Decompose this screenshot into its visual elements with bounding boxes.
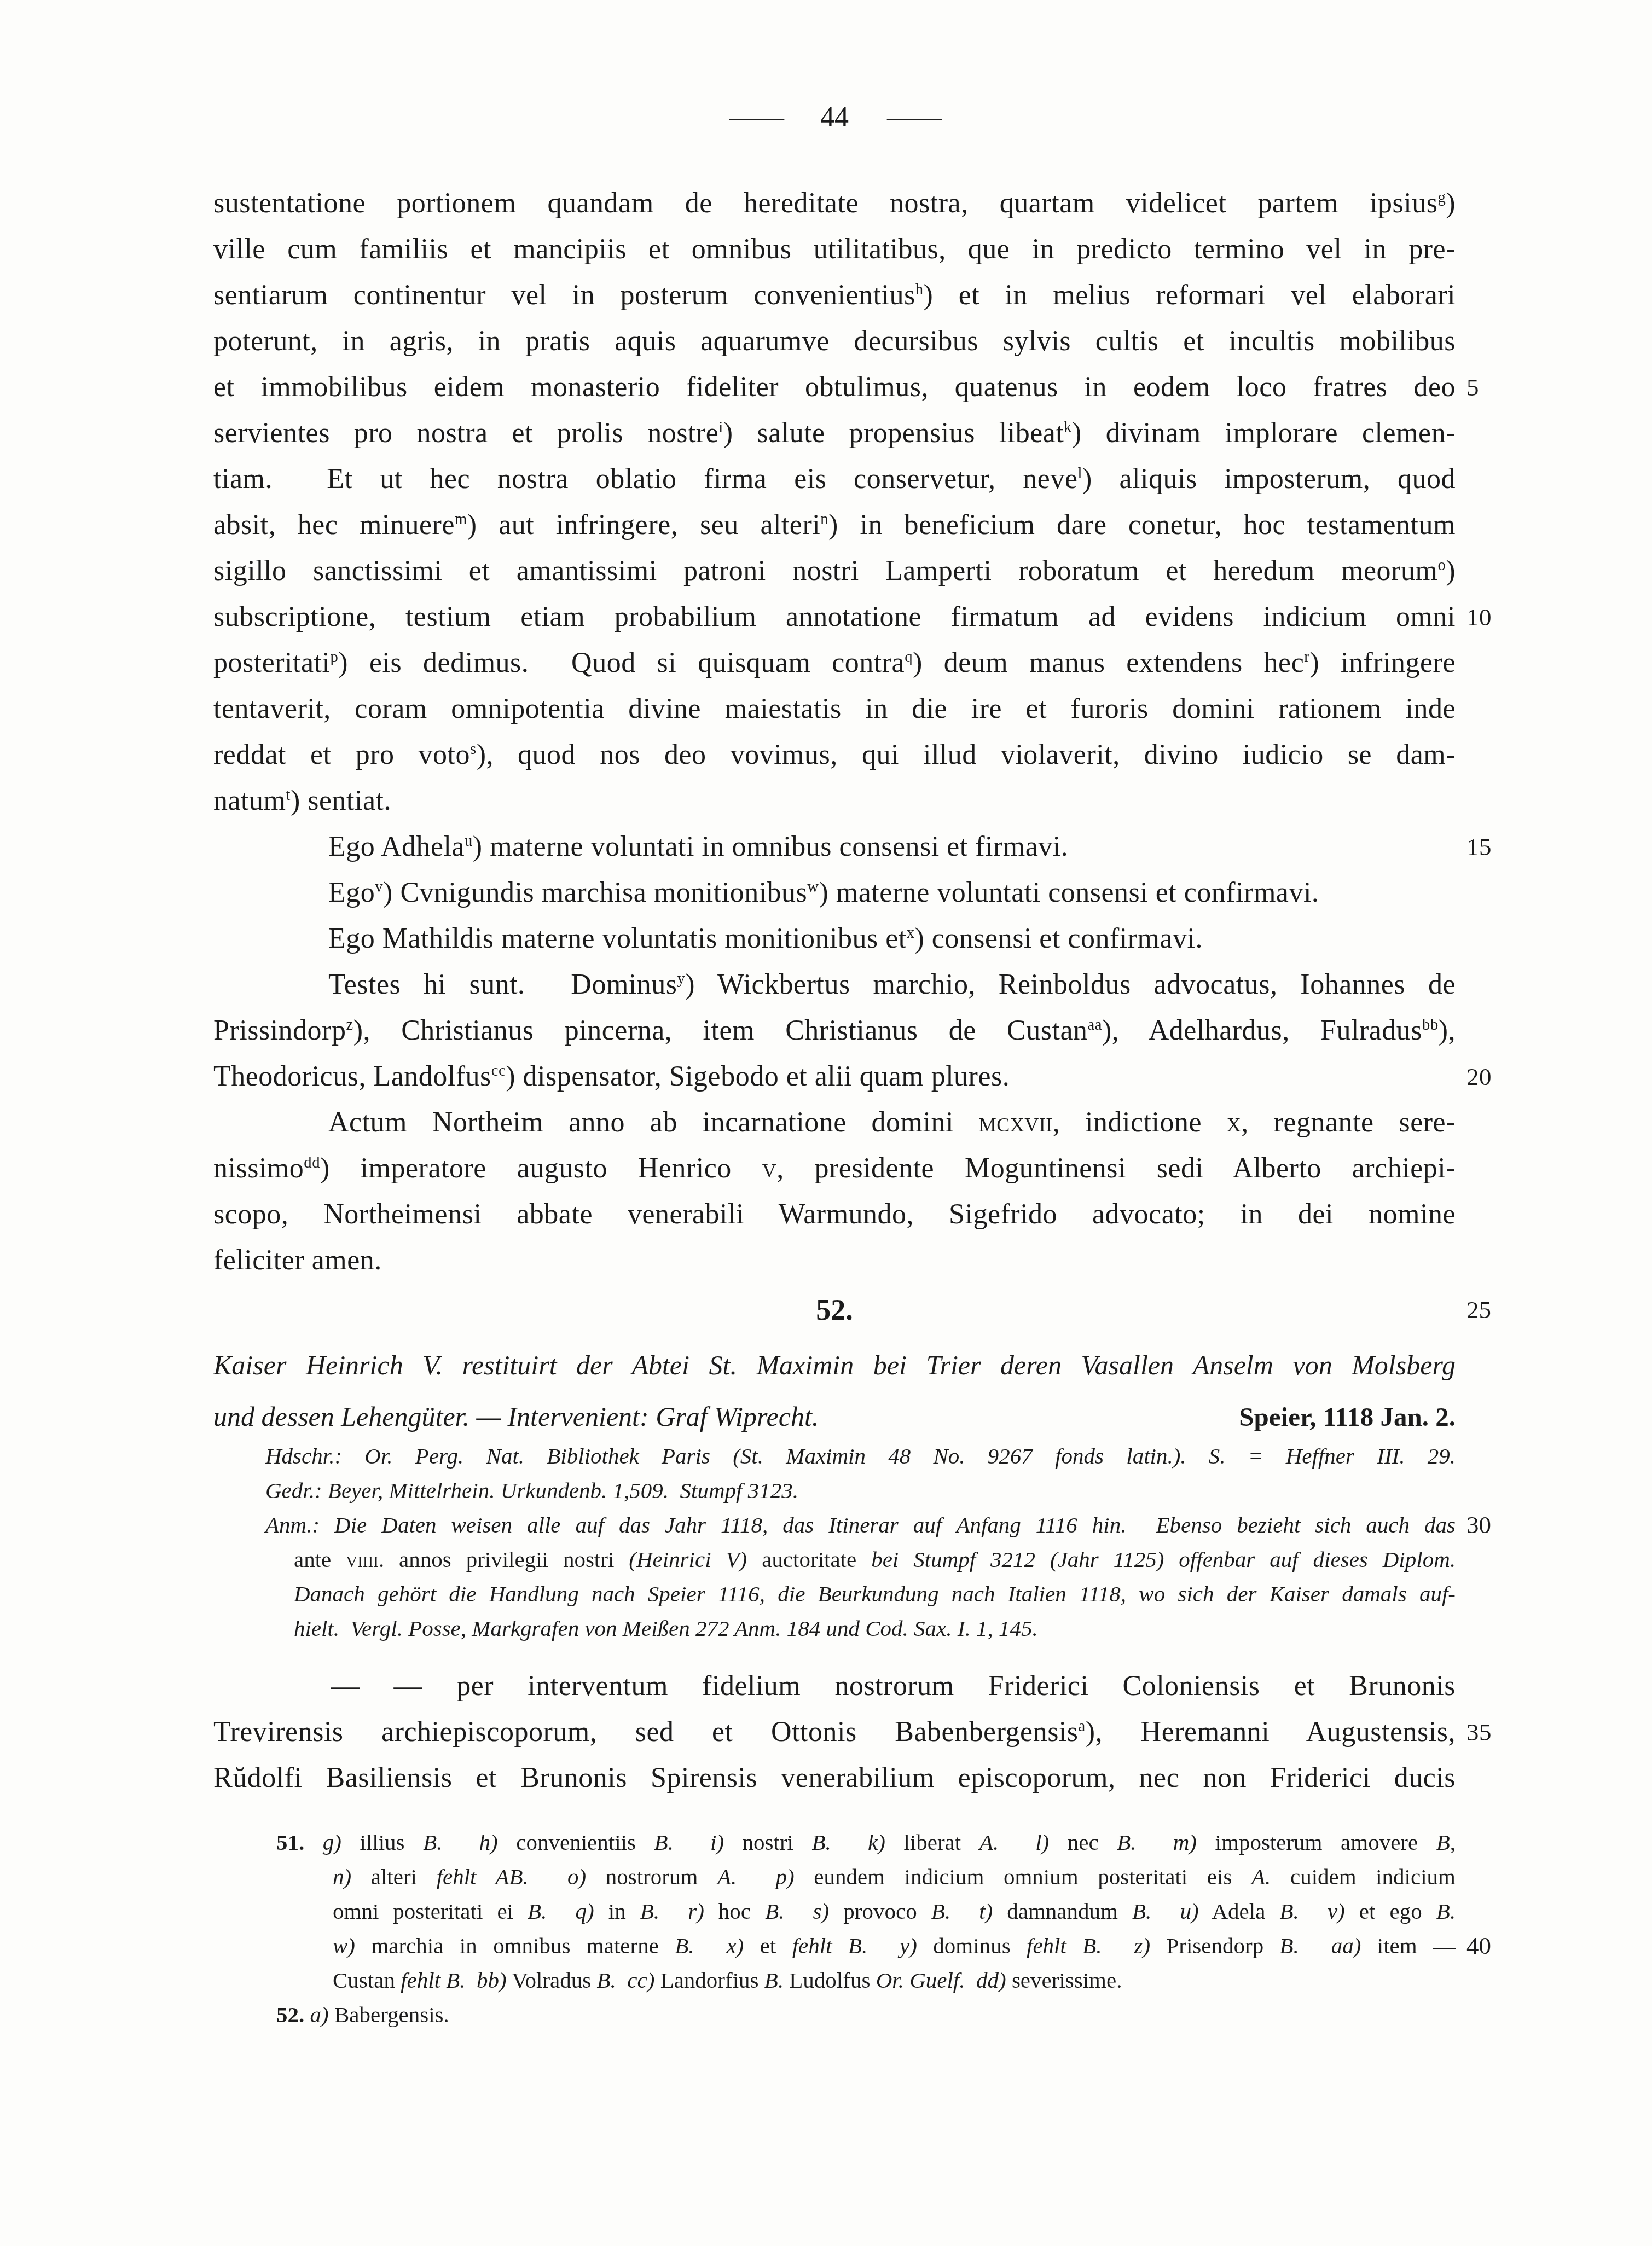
page-header: ——44—— bbox=[213, 93, 1456, 142]
anm-line-content: Anm.: Die Daten weisen alle auf das Jahr… bbox=[265, 1512, 1456, 1537]
text-line: sigillo sanctissimi et amantissimi patro… bbox=[213, 548, 1456, 594]
charter-number-text: 52. bbox=[816, 1293, 853, 1326]
footnote-line: 51. g) illius B. h) convenientiis B. i) … bbox=[333, 1825, 1456, 1860]
charter-52-regest: Kaiser Heinrich V. restituirt der Abtei … bbox=[213, 1339, 1456, 1442]
margin-line-number: 15 bbox=[1466, 824, 1529, 870]
scanned-book-page: ——44—— sustentatione portionem quandam d… bbox=[0, 0, 1652, 2246]
text-line: Prissindorpz), Christianus pincerna, ite… bbox=[213, 1008, 1456, 1054]
text-line-content: Ego Adhelau) materne voluntati in omnibu… bbox=[328, 831, 1068, 862]
text-line: 10subscriptione, testium etiam probabili… bbox=[213, 594, 1456, 640]
text-line: posteritatip) eis dedimus. Quod si quisq… bbox=[213, 640, 1456, 686]
margin-line-number: 35 bbox=[1466, 1709, 1529, 1755]
text-line: feliciter amen. bbox=[213, 1238, 1456, 1284]
regest-line: Kaiser Heinrich V. restituirt der Abtei … bbox=[213, 1339, 1456, 1391]
header-rule-right: —— bbox=[887, 102, 940, 133]
margin-line-number: 25 bbox=[1466, 1287, 1529, 1333]
text-line: 35Trevirensis archiepiscoporum, sed et O… bbox=[213, 1709, 1456, 1755]
text-line: 20Theodoricus, Landolfuscc) dispensator,… bbox=[213, 1054, 1456, 1100]
footnote-line-content: w) marchia in omnibus materne B. x) et f… bbox=[333, 1933, 1456, 1958]
page-number: 44 bbox=[820, 93, 849, 142]
text-line: sustentatione portionem quandam de hered… bbox=[213, 181, 1456, 227]
text-line: Ego Mathildis materne voluntatis monitio… bbox=[213, 916, 1456, 962]
anm-line: Danach gehört die Handlung nach Speier 1… bbox=[265, 1577, 1456, 1611]
footnote-line: 52. a) Babergensis. bbox=[333, 1998, 1456, 2032]
footnote-line: 40w) marchia in omnibus materne B. x) et… bbox=[333, 1929, 1456, 1963]
text-line: servientes pro nostra et prolis nostrei)… bbox=[213, 410, 1456, 456]
anm-line: 30Anm.: Die Daten weisen alle auf das Ja… bbox=[265, 1508, 1456, 1542]
anm-line: ante viiii. annos privilegii nostri (Hei… bbox=[265, 1542, 1456, 1577]
gedr-line: Gedr.: Beyer, Mittelrhein. Urkundenb. 1,… bbox=[265, 1473, 1456, 1508]
text-line: Egov) Cvnigundis marchisa monitionibusw)… bbox=[213, 870, 1456, 916]
anm-line: hielt. Vergl. Posse, Markgrafen von Meiß… bbox=[265, 1611, 1456, 1646]
footnote-line: omni posteritati ei B. q) in B. r) hoc B… bbox=[333, 1894, 1456, 1929]
charter-52-text: — — per interventum fidelium nostrorum F… bbox=[213, 1663, 1456, 1801]
margin-line-number: 20 bbox=[1466, 1054, 1529, 1100]
hdschr-line: Hdschr.: Or. Perg. Nat. Bibliothek Paris… bbox=[265, 1439, 1456, 1473]
footnote-line: n) alteri fehlt AB. o) nostrorum A. p) e… bbox=[333, 1860, 1456, 1894]
charter-52-apparatus: Hdschr.: Or. Perg. Nat. Bibliothek Paris… bbox=[265, 1439, 1456, 1646]
text-line: scopo, Northeimensi abbate venerabili Wa… bbox=[213, 1192, 1456, 1238]
text-line: Actum Northeim anno ab incarnatione domi… bbox=[213, 1100, 1456, 1146]
text-line: ville cum familiis et mancipiis et omnib… bbox=[213, 227, 1456, 272]
text-line-content: et immobilibus eidem monasterio fidelite… bbox=[213, 372, 1456, 403]
text-line: — — per interventum fidelium nostrorum F… bbox=[213, 1663, 1456, 1709]
margin-line-number: 40 bbox=[1466, 1929, 1529, 1963]
regest-line: und dessen Lehengüter. — Intervenient: G… bbox=[213, 1391, 1456, 1442]
text-line: 5et immobilibus eidem monasterio fidelit… bbox=[213, 364, 1456, 410]
text-line: Rŭdolfi Basiliensis et Brunonis Spirensi… bbox=[213, 1755, 1456, 1801]
text-line: nissimodd) imperatore augusto Henrico v,… bbox=[213, 1146, 1456, 1192]
text-line-content: Trevirensis archiepiscoporum, sed et Ott… bbox=[213, 1716, 1456, 1748]
text-line: Testes hi sunt. Dominusy) Wickbertus mar… bbox=[213, 962, 1456, 1008]
text-line: tiam. Et ut hec nostra oblatio firma eis… bbox=[213, 456, 1456, 502]
text-line: poterunt, in agris, in pratis aquis aqua… bbox=[213, 318, 1456, 364]
text-line: natumt) sentiat. bbox=[213, 778, 1456, 824]
charter-52-number: 2552. bbox=[213, 1287, 1456, 1333]
text-line: sentiarum continentur vel in posterum co… bbox=[213, 272, 1456, 318]
margin-line-number: 10 bbox=[1466, 594, 1529, 640]
margin-line-number: 5 bbox=[1466, 364, 1529, 410]
text-line-content: Theodoricus, Landolfuscc) dispensator, S… bbox=[213, 1061, 1010, 1092]
text-line: absit, hec minuerem) aut infringere, seu… bbox=[213, 502, 1456, 548]
margin-line-number: 30 bbox=[1466, 1508, 1529, 1542]
text-line-content: subscriptione, testium etiam probabilium… bbox=[213, 601, 1456, 632]
regest-line-content: und dessen Lehengüter. — Intervenient: G… bbox=[213, 1391, 819, 1442]
text-line: tentaverit, coram omnipotentia divine ma… bbox=[213, 686, 1456, 732]
text-line: 15Ego Adhelau) materne voluntati in omni… bbox=[213, 824, 1456, 870]
dateline: Speier, 1118 Jan. 2. bbox=[1239, 1391, 1456, 1443]
footnotes-block: 51. g) illius B. h) convenientiis B. i) … bbox=[333, 1825, 1456, 2032]
header-rule-left: —— bbox=[729, 102, 782, 133]
charter-51-text: sustentatione portionem quandam de hered… bbox=[213, 181, 1456, 1284]
text-line: reddat et pro votos), quod nos deo vovim… bbox=[213, 732, 1456, 778]
footnote-line: Custan fehlt B. bb) Volradus B. cc) Land… bbox=[333, 1963, 1456, 1998]
